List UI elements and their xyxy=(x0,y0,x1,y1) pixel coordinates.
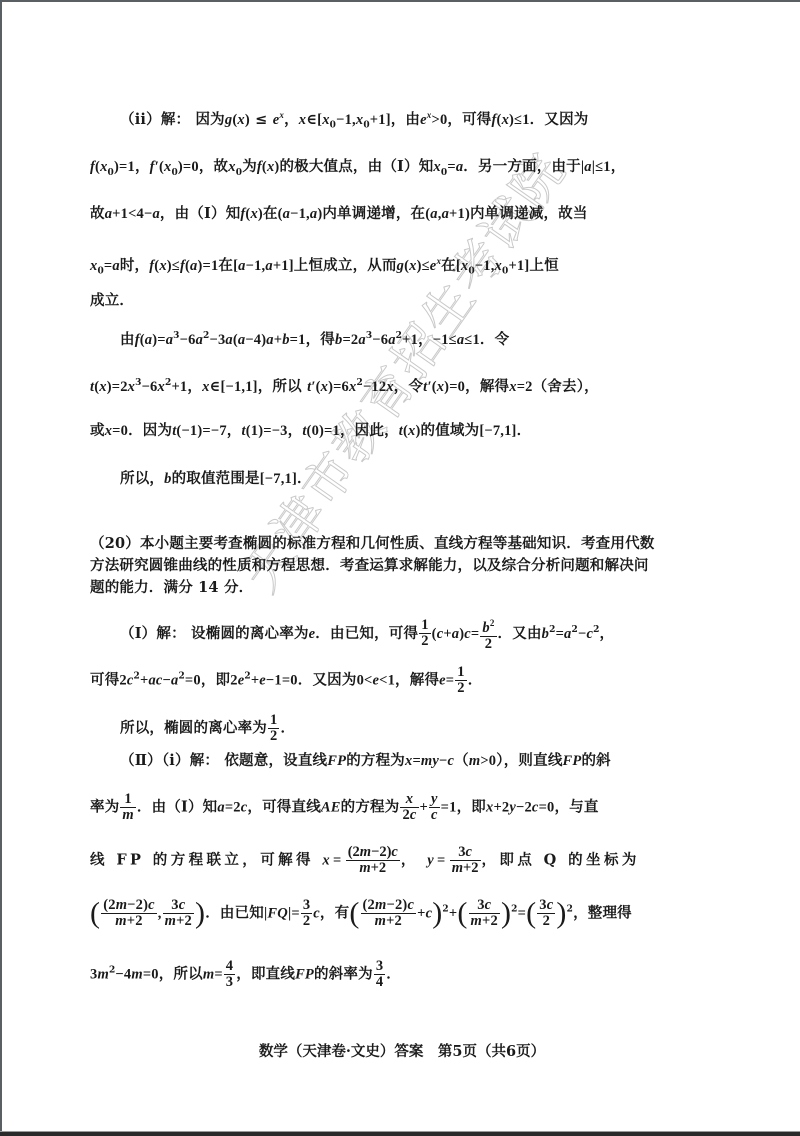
text: ．由（Ⅰ）知 xyxy=(137,799,217,816)
document-page: 天津市教育招生考试院 （ii）解： 因为g(x) ≤ ex，x∈[x0−1,x0… xyxy=(0,0,800,1133)
q20-ii-i-line-3: 线 FP 的方程联立，可解得 x=(2m−2)cm+2， y=3cm+2，即点 … xyxy=(90,845,724,876)
text: ，得 xyxy=(306,331,335,348)
text: ），则直线 xyxy=(496,752,562,769)
text: 或 xyxy=(90,422,105,439)
text: ，解得 xyxy=(395,672,439,689)
q19-ii-line-8: 或x=0．因为t(−1)=−7，t(1)=−3，t(0)=1，因此，t(x)的值… xyxy=(90,420,724,442)
text: 率为 xyxy=(90,799,119,816)
q20-i-conclusion: 所以，椭圆的离心率为12． xyxy=(120,713,754,744)
text: 的方程为 xyxy=(346,752,405,769)
q19-ii-conclusion: 所以，b的取值范围是[−7,1]． xyxy=(120,468,754,490)
q19-ii-line-1: （ii）解： 因为g(x) ≤ ex，x∈[x0−1,x0+1]，由ex>0，可… xyxy=(120,104,754,137)
text: 在 xyxy=(263,205,278,222)
text: ， xyxy=(284,111,299,128)
text: 的取值范围是 xyxy=(172,470,260,487)
text: ， xyxy=(135,158,150,175)
text: ．又因为 xyxy=(530,111,589,128)
text: ，因此， xyxy=(340,422,399,439)
text: 因为 xyxy=(195,111,224,128)
text: 在 xyxy=(218,257,233,274)
q19-ii-line-6: 由f(a)=a3−6a2−3a(a−4)a+b=1，得b=2a3−6a2+1，−… xyxy=(120,325,754,351)
text: ，所以 xyxy=(258,378,302,395)
text: ，即 xyxy=(201,672,230,689)
page-bottom-edge xyxy=(0,1131,800,1136)
text: 时， xyxy=(120,257,149,274)
text: ，即直线 xyxy=(236,966,295,983)
part-label: （Ⅱ）（ⅰ） xyxy=(120,752,190,769)
text: 依题意，设直线 xyxy=(224,752,327,769)
text: 的方程为 xyxy=(341,799,400,816)
solution-marker: 解： xyxy=(161,111,190,128)
q19-ii-line-3: 故a+1<4−a，由（Ⅰ）知f(x)在(a−1,a)内单调递增，在(a,a+1)… xyxy=(90,203,724,225)
q20-i-line-1: （Ⅰ）解： 设椭圆的离心率为e．由已知，可得12(c+a)c=b22．又由b2=… xyxy=(120,616,754,652)
text: ． xyxy=(297,470,312,487)
q19-ii-line-5: 成立． xyxy=(90,290,724,312)
q20-ii-i-line-4: ((2m−2)cm+2,3cm+2)．由已知|FQ|=32c，有((2m−2)c… xyxy=(90,898,724,929)
q20-intro-line-3: 题的能力．满分 14 分． xyxy=(90,577,724,599)
text: ， xyxy=(600,625,615,642)
text: ．由已知 xyxy=(205,905,264,922)
text: ，解得 xyxy=(465,378,509,395)
text: ． xyxy=(280,720,295,737)
text: 的斜率为 xyxy=(314,966,373,983)
text: ， xyxy=(227,422,242,439)
text: ，与直 xyxy=(554,799,598,816)
text: 故 xyxy=(90,205,105,222)
q20-i-line-2: 可得2c2+ac−a2=0，即2e2+e−1=0．又因为0<e<1，解得e=12… xyxy=(90,665,724,696)
q20-intro-line-1: （20）本小题主要考查椭圆的标准方程和几何性质、直线方程等基础知识．考查用代数 xyxy=(90,533,724,555)
text: 为 xyxy=(242,158,257,175)
solution-marker: 解： xyxy=(156,625,185,642)
text: ，有 xyxy=(320,905,349,922)
text: ， xyxy=(611,158,626,175)
text: ， xyxy=(288,422,303,439)
q20-ii-i-line-1: （Ⅱ）（ⅰ）解： 依题意，设直线FP的方程为x=my−c（m>0），则直线FP的… xyxy=(120,750,754,772)
text: ，令 xyxy=(394,378,423,395)
text: ，整理得 xyxy=(573,905,632,922)
page-footer: 数学（天津卷·文史）答案 第5页（共6页） xyxy=(2,1040,800,1061)
q19-ii-line-4: x0=a时，f(x)≤f(a)=1在[a−1,a+1]上恒成立，从而g(x)≤e… xyxy=(90,250,724,283)
text: （ xyxy=(454,752,469,769)
text: 的极大值点，由（Ⅰ）知 xyxy=(279,158,433,175)
text: 的斜 xyxy=(581,752,610,769)
text: ． xyxy=(386,966,401,983)
text: ． xyxy=(468,672,483,689)
text: ，可得 xyxy=(447,111,491,128)
text: 上恒 xyxy=(529,257,558,274)
q19-ii-line-2: f(x0)=1，f′(x0)=0，故x0为f(x)的极大值点，由（Ⅰ）知x0=a… xyxy=(90,156,724,184)
text: ．由已知，可得 xyxy=(315,625,418,642)
text: ．又由 xyxy=(498,625,542,642)
solution-marker: 解： xyxy=(190,752,219,769)
text: 所以， xyxy=(120,470,164,487)
text: 线 FP 的方程联立，可解得 xyxy=(90,852,314,869)
text: ，所以 xyxy=(159,966,203,983)
text: ， xyxy=(401,852,419,869)
text: ．另一方面，由于 xyxy=(463,158,581,175)
q20-ii-i-line-5: 3m2−4m=0，所以m=43，即直线FP的斜率为34． xyxy=(90,959,724,990)
text: ， xyxy=(418,331,433,348)
q20-intro-line-2: 方法研究圆锥曲线的性质和方程思想．考查运算求解能力，以及综合分析问题和解决问 xyxy=(90,555,724,577)
text: 的值域为 xyxy=(421,422,480,439)
text: ，即 xyxy=(457,799,486,816)
text: ， xyxy=(187,378,202,395)
part-label: （ii） xyxy=(120,111,161,128)
text: 由 xyxy=(120,331,135,348)
text: ，由 xyxy=(391,111,420,128)
text: ．因为 xyxy=(128,422,172,439)
text: ，即点 Q 的坐标为 xyxy=(482,852,640,869)
text: 在 xyxy=(441,257,456,274)
text: 设椭圆的离心率为 xyxy=(191,625,309,642)
text: 可得 xyxy=(90,672,119,689)
text: ，由（Ⅰ）知 xyxy=(160,205,240,222)
text: ．又因为 xyxy=(298,672,357,689)
q20-ii-i-line-2: 率为1m．由（Ⅰ）知a=2c，可得直线AE的方程为x2c+yc=1，即x+2y−… xyxy=(90,792,724,823)
text: 所以，椭圆的离心率为 xyxy=(120,720,267,737)
part-label: （Ⅰ） xyxy=(120,625,156,642)
text: 内单调递增，在 xyxy=(322,205,425,222)
q19-ii-line-7: t(x)=2x3−6x2+1，x∈[−1,1]，所以 t′(x)=6x2−12x… xyxy=(90,372,724,398)
text: 内单调递减，故当 xyxy=(470,205,588,222)
text: ，故 xyxy=(199,158,228,175)
text: （舍去）， xyxy=(533,378,599,395)
text: ． xyxy=(517,422,532,439)
text: ，可得直线 xyxy=(247,799,321,816)
text: 上恒成立，从而 xyxy=(294,257,397,274)
text: ．令 xyxy=(480,331,509,348)
